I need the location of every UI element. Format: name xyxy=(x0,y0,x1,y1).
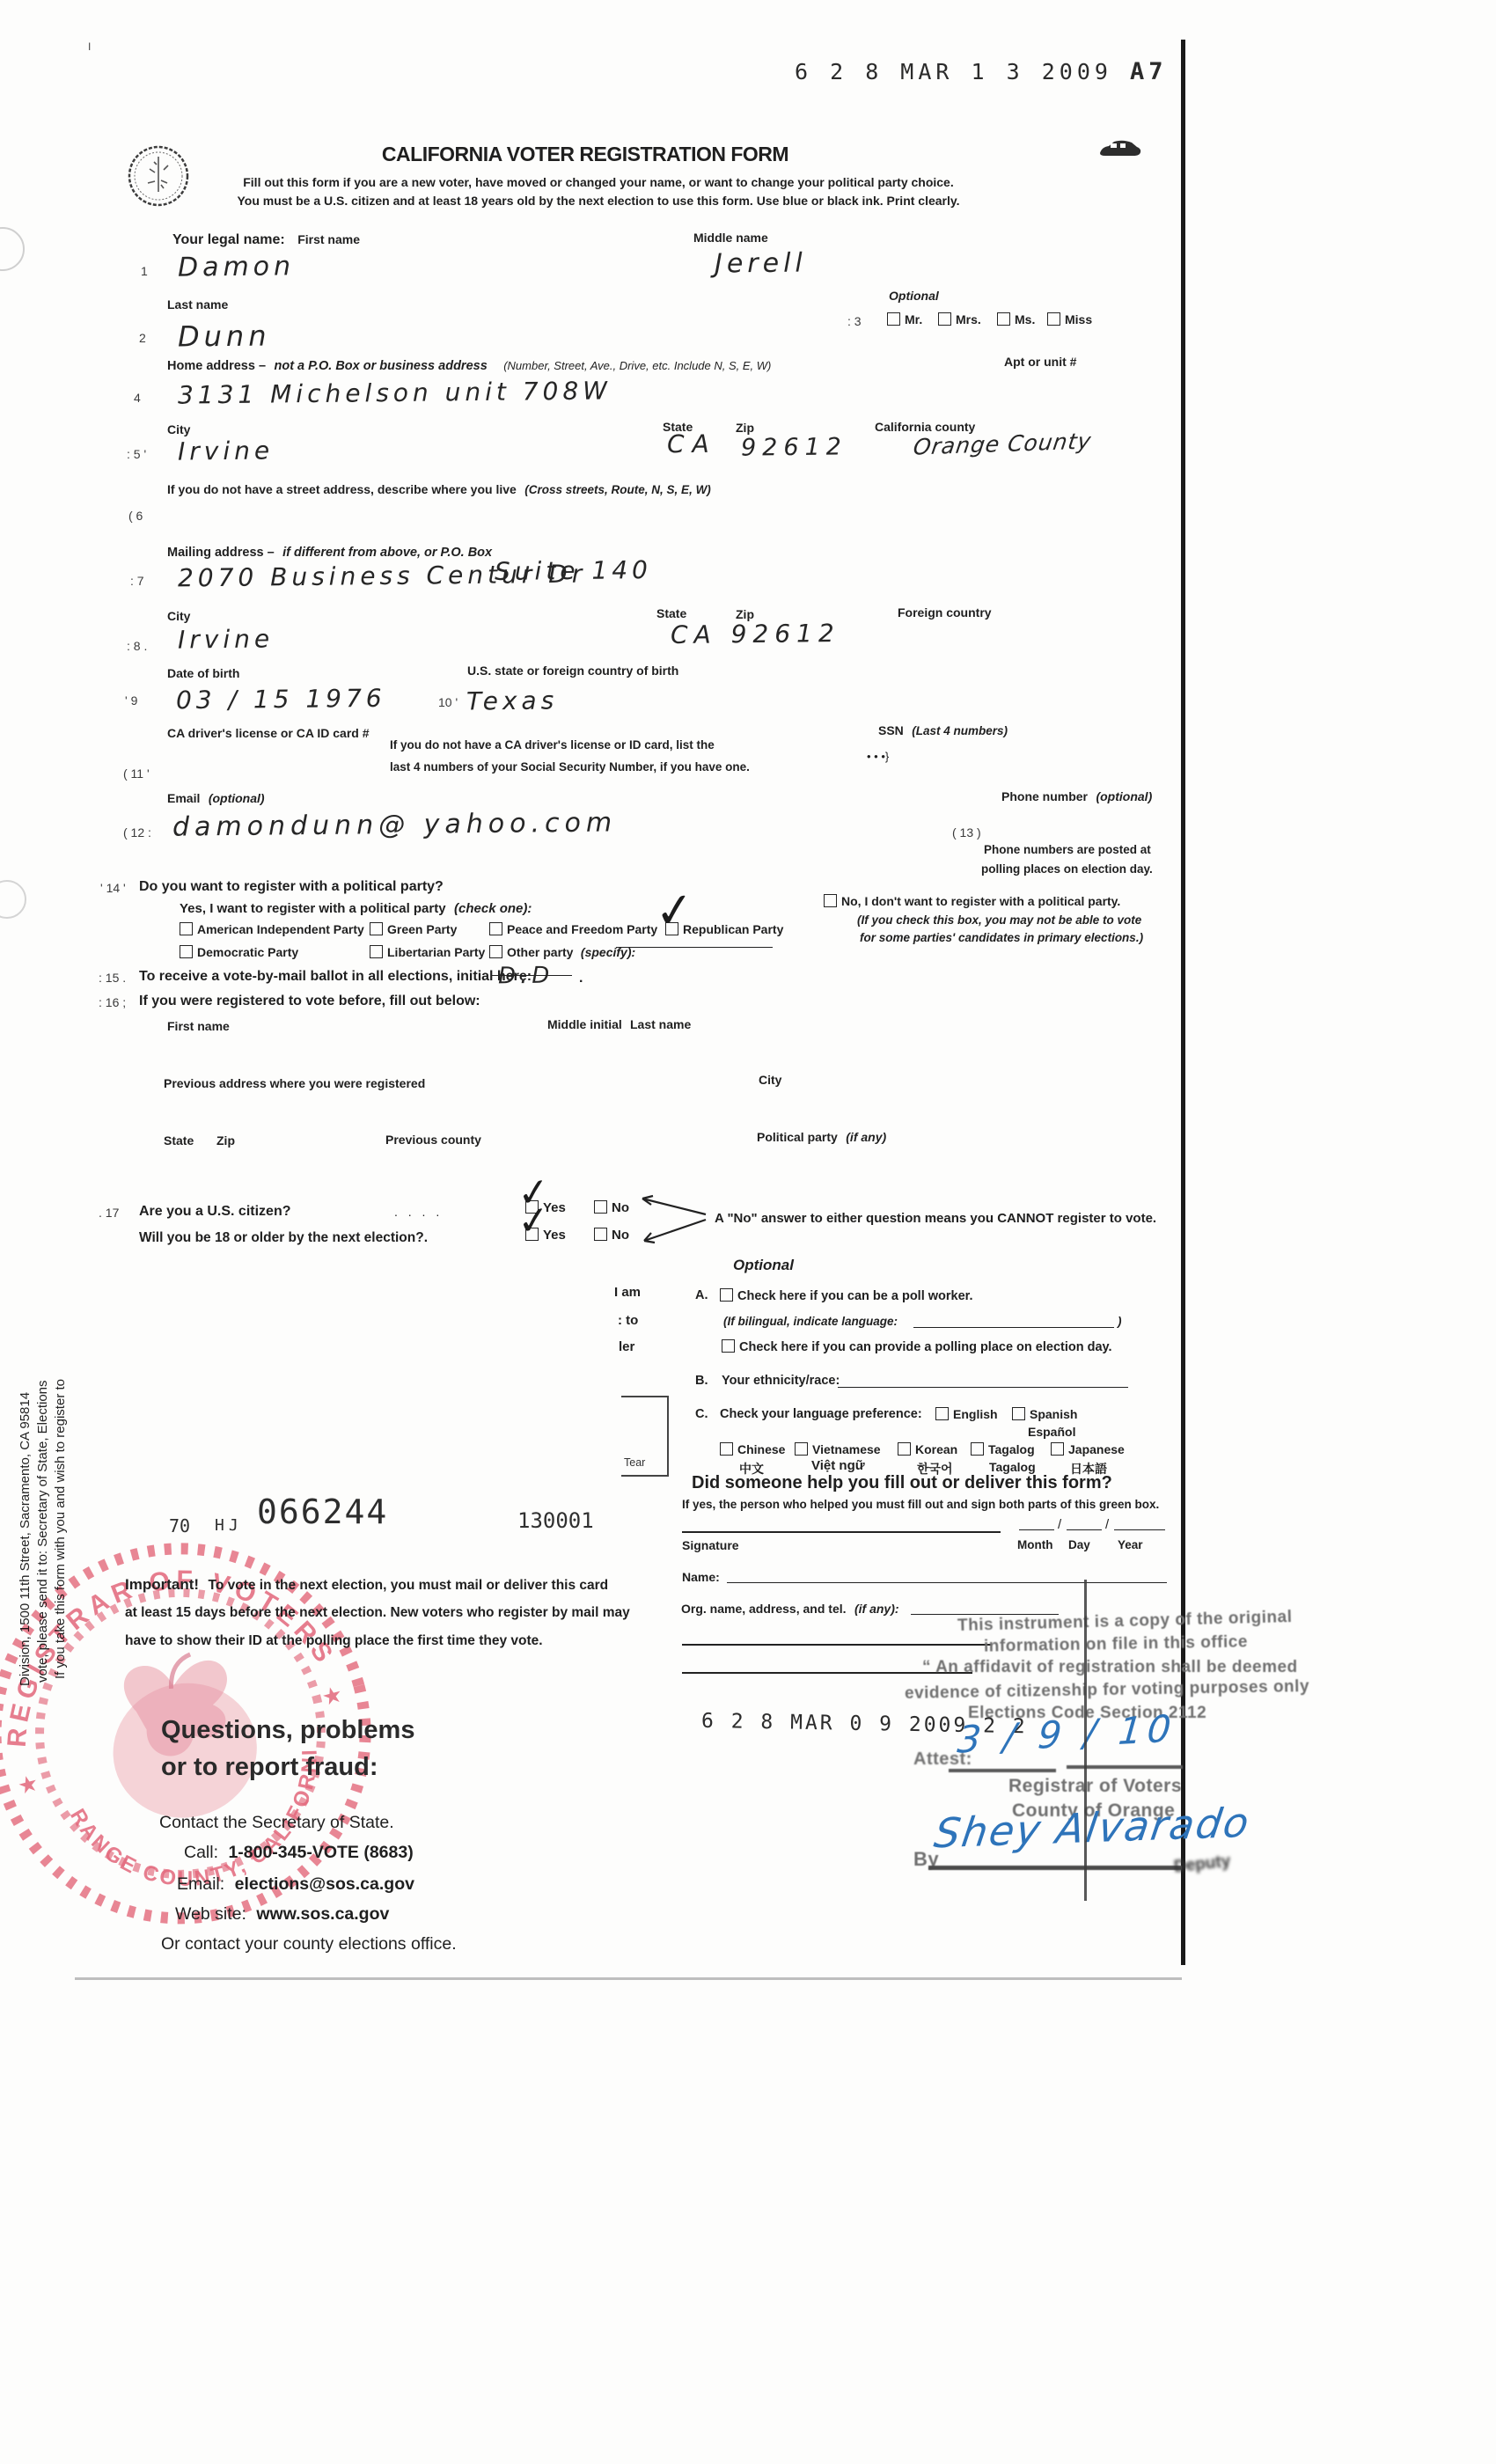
home-address-value: 3131 Michelson unit 708W xyxy=(178,376,612,409)
ssn-label: SSN xyxy=(878,723,904,737)
prefix-ms-option: Ms. xyxy=(997,312,1035,328)
prefix-mrs-option: Mrs. xyxy=(938,312,981,328)
home-city-label: City xyxy=(167,422,190,436)
form-instructions-line2: You must be a U.S. citizen and at least … xyxy=(220,194,977,208)
previous-first-name-label: First name xyxy=(167,1019,230,1033)
mailing-state-label: State xyxy=(656,606,686,620)
field-number-16: : 16 ; xyxy=(99,995,126,1009)
no-answer-warning: A "No" answer to either question means y… xyxy=(715,1211,1156,1226)
field-number-17: . 17 xyxy=(99,1206,119,1220)
call-value: 1-800-345-VOTE (8683) xyxy=(228,1843,413,1862)
ssn-note: (Last 4 numbers) xyxy=(912,724,1008,737)
previous-county-label: Previous county xyxy=(385,1133,481,1147)
party-option-peace-freedom: Peace and Freedom Party xyxy=(489,922,657,938)
phone-label: Phone number xyxy=(1001,789,1088,803)
ms-checkbox xyxy=(997,312,1010,326)
party-option-american-independent: American Independent Party xyxy=(180,922,364,938)
language-spanish-option: Spanish xyxy=(1012,1407,1077,1423)
initials-line xyxy=(491,975,572,976)
english-label: English xyxy=(953,1407,998,1421)
fold-crease-line xyxy=(1084,1580,1087,1901)
field-number-14: ' 14 ' xyxy=(100,881,126,895)
option-c-label: C. xyxy=(695,1407,708,1421)
language-japanese-option: Japanese xyxy=(1051,1442,1125,1458)
japanese-checkbox xyxy=(1051,1442,1064,1456)
chinese-checkbox xyxy=(720,1442,733,1456)
phone-optional-note: (optional) xyxy=(1096,789,1152,803)
mailing-address-label: Mailing address – xyxy=(167,546,275,560)
democratic-label: Democratic Party xyxy=(197,945,298,959)
phone-labels: Phone number (optional) xyxy=(1001,789,1152,805)
mr-checkbox xyxy=(887,312,900,326)
poll-worker-checkbox xyxy=(720,1288,733,1302)
ink-dots-artifact: • • •} xyxy=(867,750,889,763)
legal-name-label: Your legal name: xyxy=(172,232,285,247)
california-state-seal xyxy=(125,143,192,209)
california-county-label: California county xyxy=(875,420,975,434)
cutoff-text-fragment: ler xyxy=(619,1339,634,1354)
peace-freedom-label: Peace and Freedom Party xyxy=(507,922,657,936)
mrs-label: Mrs. xyxy=(956,312,981,326)
cutoff-text-fragment: : to xyxy=(618,1313,638,1328)
no-party-option: No, I don't want to register with a poli… xyxy=(824,894,1120,910)
mailing-statezip-value: CA 92612 xyxy=(671,619,840,649)
green-party-label: Green Party xyxy=(387,922,457,936)
form-batch-number: 130001 xyxy=(517,1508,594,1533)
polling-place-option: Check here if you can provide a polling … xyxy=(722,1339,1112,1355)
field-number-9: ' 9 xyxy=(125,693,137,708)
party-option-green: Green Party xyxy=(370,922,457,938)
korean-checkbox xyxy=(898,1442,911,1456)
home-zip-value: 92612 xyxy=(741,433,847,461)
arrow-pointers-icon xyxy=(630,1190,711,1248)
party-option-other: Other party (specify): xyxy=(489,945,635,961)
mailing-suite-value: Suite 140 xyxy=(495,555,652,586)
scan-tick-artifact: I xyxy=(88,40,91,53)
mailing-city-value: Irvine xyxy=(178,624,274,654)
mrs-checkbox xyxy=(938,312,951,326)
helper-day-line xyxy=(1067,1529,1102,1530)
language-korean-option: Korean xyxy=(898,1442,957,1458)
call-line: Call: 1-800-345-VOTE (8683) xyxy=(184,1843,414,1863)
first-name-label: First name xyxy=(297,232,360,246)
citizen-no-checkbox xyxy=(594,1200,607,1214)
drivers-license-label: CA driver's license or CA ID card # xyxy=(167,726,370,740)
vote-by-mail-period: . xyxy=(579,971,583,986)
helper-org-label: Org. name, address, and tel. xyxy=(681,1602,847,1616)
ethnicity-label: Your ethnicity/race: xyxy=(722,1374,840,1388)
phone-posting-note1: Phone numbers are posted at xyxy=(984,843,1151,856)
california-county-value: Orange County xyxy=(912,428,1093,459)
citizen-no-label: No xyxy=(612,1200,629,1215)
party-option-democratic: Democratic Party xyxy=(180,945,298,961)
month-label: Month xyxy=(1017,1538,1052,1551)
bottom-scan-hairline xyxy=(75,1977,1182,1980)
field-number-15: : 15 . xyxy=(99,971,126,985)
tagalog-label: Tagalog xyxy=(988,1442,1035,1456)
vote-by-mail-label: To receive a vote-by-mail ballot in all … xyxy=(139,969,532,985)
language-vietnamese-option: Vietnamese xyxy=(795,1442,881,1458)
option-a-label: A. xyxy=(695,1288,708,1302)
home-address-note2: (Number, Street, Ave., Drive, etc. Inclu… xyxy=(503,359,771,372)
libertarian-checkbox xyxy=(370,945,383,958)
english-checkbox xyxy=(935,1407,949,1420)
party-yes-labels: Yes, I want to register with a political… xyxy=(180,901,532,917)
fraud-email-label: Email: xyxy=(177,1874,224,1894)
county-office-line: Or contact your county elections office. xyxy=(161,1934,457,1954)
home-city-value: Irvine xyxy=(178,436,274,466)
middle-name-label: Middle name xyxy=(693,231,768,245)
field-number-3: : 3 xyxy=(847,314,862,328)
party-option-libertarian: Libertarian Party xyxy=(370,945,485,961)
contact-sos-line: Contact the Secretary of State. xyxy=(159,1813,394,1833)
important-text-1a: To vote in the next election, you xyxy=(209,1578,419,1593)
year-label: Year xyxy=(1118,1538,1143,1551)
previous-party-note: (if any) xyxy=(846,1130,886,1144)
questions-title-line1: Questions, problems xyxy=(161,1716,414,1745)
previous-state-label: State xyxy=(164,1133,194,1148)
party-yes-label: Yes, I want to register with a political… xyxy=(180,901,446,916)
field-number-1: 1 xyxy=(141,264,148,278)
deputy-signature-handwriting: Shey Alvarado xyxy=(931,1799,1253,1858)
language-preference-label: Check your language preference: xyxy=(720,1407,922,1421)
no-street-label: If you do not have a street address, des… xyxy=(167,482,517,496)
dob-label: Date of birth xyxy=(167,666,239,680)
foreign-country-label: Foreign country xyxy=(898,605,992,620)
prefix-mr-option: Mr. xyxy=(887,312,922,328)
last-name-label: Last name xyxy=(167,297,228,312)
age-yes-check-mark: ✓ xyxy=(516,1200,552,1243)
mailing-address-note: if different from above, or P.O. Box xyxy=(282,546,492,560)
received-date-text: 6 2 8 MAR 1 3 2009 xyxy=(795,59,1112,84)
stamp-star-left: ★ xyxy=(15,1769,41,1800)
language-english-option: English xyxy=(935,1407,998,1423)
last-name-value: Dunn xyxy=(178,319,271,353)
previous-city-label: City xyxy=(759,1073,781,1087)
date-slash: / xyxy=(1058,1517,1061,1532)
helper-extra-line xyxy=(682,1644,992,1646)
received-date-stamp: 6 2 8 MAR 1 3 2009 A7 xyxy=(795,58,1168,85)
home-address-labels: Home address – not a P.O. Box or busines… xyxy=(167,358,771,374)
helper-name-label: Name: xyxy=(682,1570,720,1584)
car-shaped-ink-artifact xyxy=(1096,139,1142,162)
previous-party-labels: Political party (if any) xyxy=(757,1130,886,1146)
fraud-email-value: elections@sos.ca.gov xyxy=(235,1874,414,1894)
form-title: CALIFORNIA VOTER REGISTRATION FORM xyxy=(378,143,792,166)
language-tagalog-option: Tagalog xyxy=(971,1442,1035,1458)
ssn-instruction-line2: last 4 numbers of your Social Security N… xyxy=(390,760,750,774)
scan-arc-artifact xyxy=(0,880,26,919)
registrar-of-voters-stamp: Registrar of Voters xyxy=(1008,1776,1182,1797)
call-label: Call: xyxy=(184,1843,218,1862)
email-labels: Email (optional) xyxy=(167,791,265,807)
helper-signature-line xyxy=(682,1531,1001,1533)
birthplace-label: U.S. state or foreign country of birth xyxy=(467,664,678,678)
date-slash: / xyxy=(1105,1517,1109,1532)
email-label: Email xyxy=(167,791,200,805)
helper-org-labels: Org. name, address, and tel. (if any): xyxy=(681,1602,899,1617)
option-b-label: B. xyxy=(695,1374,708,1388)
field-number-2: 2 xyxy=(139,331,146,345)
green-party-checkbox xyxy=(370,922,383,935)
previous-address-label: Previous address where you were register… xyxy=(164,1076,425,1090)
republican-check-mark: ✓ xyxy=(652,885,697,936)
citizen-question: Are you a U.S. citizen? xyxy=(139,1204,290,1220)
copy-certification-stamp-line1: This instrument is a copy of the origina… xyxy=(957,1608,1293,1636)
mr-label: Mr. xyxy=(905,312,922,326)
field-number-7: : 7 xyxy=(130,574,144,588)
helper-name-line xyxy=(727,1582,1167,1583)
helper-month-line xyxy=(1019,1529,1054,1530)
age-question: Will you be 18 or older by the next elec… xyxy=(139,1230,428,1246)
field-number-10: 10 ' xyxy=(438,695,458,709)
miss-label: Miss xyxy=(1065,312,1092,326)
signature-underline xyxy=(928,1866,1182,1870)
no-party-checkbox xyxy=(824,894,837,907)
important-label: Important! xyxy=(125,1576,199,1593)
no-party-label: No, I don't want to register with a poli… xyxy=(841,894,1120,908)
other-party-checkbox xyxy=(489,945,502,958)
tear-label: Tear xyxy=(624,1456,645,1469)
attest-underline xyxy=(949,1769,1056,1772)
email-line: Email: elections@sos.ca.gov xyxy=(177,1874,414,1895)
home-state-value: CA xyxy=(667,429,717,459)
field-number-4: 4 xyxy=(134,391,141,405)
chinese-label: Chinese xyxy=(737,1442,785,1456)
miss-checkbox xyxy=(1047,312,1060,326)
previous-registration-label: If you were registered to vote before, f… xyxy=(139,994,480,1009)
korean-label: Korean xyxy=(915,1442,957,1456)
scan-arc-artifact xyxy=(0,227,25,271)
helper-signature-label: Signature xyxy=(682,1538,739,1552)
birthplace-value: Texas xyxy=(466,686,559,715)
no-street-note: (Cross streets, Route, N, S, E, W) xyxy=(524,483,711,496)
email-optional-note: (optional) xyxy=(209,791,265,805)
form-instructions-line1: Fill out this form if you are a new vote… xyxy=(220,175,977,189)
no-party-note1: (If you check this box, you may not be a… xyxy=(857,913,1141,927)
age-no-option: No xyxy=(594,1228,629,1243)
help-box-title: Did someone help you fill out or deliver… xyxy=(692,1473,1112,1493)
other-party-line xyxy=(616,947,773,948)
libertarian-label: Libertarian Party xyxy=(387,945,485,959)
previous-middle-initial-label: Middle initial xyxy=(547,1017,622,1031)
mailing-city-label: City xyxy=(167,609,190,623)
dob-value: 03 / 15 1976 xyxy=(176,684,386,715)
bilingual-note-close: ) xyxy=(1118,1315,1122,1328)
party-question: Do you want to register with a political… xyxy=(139,879,444,895)
polling-place-label: Check here if you can provide a polling … xyxy=(739,1340,1112,1354)
vietnamese-label: Vietnamese xyxy=(812,1442,881,1456)
legal-name-labels: Your legal name: First name xyxy=(172,232,360,248)
phone-posting-note2: polling places on election day. xyxy=(981,862,1153,876)
field-number-8: : 8 . xyxy=(127,639,147,653)
no-street-labels: If you do not have a street address, des… xyxy=(167,482,711,498)
tagalog-checkbox xyxy=(971,1442,984,1456)
vietnamese-checkbox xyxy=(795,1442,808,1456)
spanish-label: Spanish xyxy=(1030,1407,1077,1421)
middle-name-value: Jerell xyxy=(715,247,807,279)
dotted-leader: . . . . xyxy=(394,1205,443,1219)
field-number-12: ( 12 : xyxy=(123,825,151,840)
poll-worker-option: Check here if you can be a poll worker. xyxy=(720,1288,973,1304)
questions-title-line2: or to report fraud: xyxy=(161,1753,378,1782)
party-check-one-note: (check one): xyxy=(454,901,532,916)
affidavit-stamp-line1: “ An affidavit of registration shall be … xyxy=(922,1658,1298,1677)
ssn-instruction-line1: If you do not have a CA driver's license… xyxy=(390,738,715,752)
stamp-star-right: ★ xyxy=(319,1680,345,1711)
age-no-checkbox xyxy=(594,1228,607,1241)
prefix-optional-label: Optional xyxy=(889,289,939,303)
field-number-5: : 5 ' xyxy=(127,447,146,461)
important-notice-line1: Important! To vote in the next election,… xyxy=(125,1576,608,1594)
important-notice-line3: have to show their ID at the polling pla… xyxy=(125,1633,543,1649)
website-line: Web site: www.sos.ca.gov xyxy=(175,1904,389,1925)
prefix-miss-option: Miss xyxy=(1047,312,1092,328)
vietnamese-native-label: Việt ngữ xyxy=(811,1458,865,1473)
ethnicity-line xyxy=(838,1387,1128,1388)
american-independent-label: American Independent Party xyxy=(197,922,364,936)
affidavit-stamp-line2: evidence of citizenship for voting purpo… xyxy=(905,1677,1309,1704)
japanese-label: Japanese xyxy=(1068,1442,1125,1456)
field-number-13: ( 13 ) xyxy=(952,825,981,840)
tagalog-native-label: Tagalog xyxy=(989,1460,1036,1474)
important-notice-line2: at least 15 days before the next electio… xyxy=(125,1605,630,1621)
polling-place-checkbox xyxy=(722,1339,735,1353)
optional-section-title: Optional xyxy=(733,1257,794,1274)
field-number-6: ( 6 xyxy=(128,509,143,523)
language-chinese-option: Chinese xyxy=(720,1442,785,1458)
important-text-must: must xyxy=(419,1578,451,1593)
bilingual-note: (If bilingual, indicate language: xyxy=(723,1315,898,1328)
copy-certification-stamp-line2: information on file in this office xyxy=(984,1632,1248,1656)
spanish-native-label: Español xyxy=(1028,1425,1075,1439)
vote-by-mail-initials: D.D xyxy=(498,963,554,990)
email-value: damondunn@ yahoo.com xyxy=(172,807,617,842)
spanish-checkbox xyxy=(1012,1407,1025,1420)
first-name-value: Damon xyxy=(178,251,295,282)
cutoff-text-fragment: I am xyxy=(614,1285,641,1300)
previous-zip-label: Zip xyxy=(216,1133,235,1148)
home-address-label: Home address – xyxy=(167,359,266,373)
american-independent-checkbox xyxy=(180,922,193,935)
democratic-checkbox xyxy=(180,945,193,958)
previous-last-name-label: Last name xyxy=(630,1017,691,1031)
helper-year-line xyxy=(1114,1529,1165,1530)
scanned-voter-registration-form: I 6 2 8 MAR 1 3 2009 A7 CALIFORNIA VOTER… xyxy=(0,0,1496,2464)
received-date-code: A7 xyxy=(1130,58,1168,85)
help-box-subtitle: If yes, the person who helped you must f… xyxy=(682,1498,1159,1511)
field-number-11: ( 11 ' xyxy=(123,766,150,781)
ssn-labels: SSN (Last 4 numbers) xyxy=(878,723,1008,739)
no-party-note2: for some parties' candidates in primary … xyxy=(860,931,1143,944)
important-text-1c: mail or deliver this card xyxy=(455,1578,608,1593)
poll-worker-label: Check here if you can be a poll worker. xyxy=(737,1289,973,1303)
home-address-note: not a P.O. Box or business address xyxy=(274,359,487,373)
other-party-label: Other party xyxy=(507,945,573,959)
helper-org-note: (if any): xyxy=(854,1602,899,1616)
website-value: www.sos.ca.gov xyxy=(256,1904,389,1924)
age-no-label: No xyxy=(612,1228,629,1243)
day-label: Day xyxy=(1068,1538,1090,1551)
ms-label: Ms. xyxy=(1015,312,1035,326)
website-label: Web site: xyxy=(175,1904,246,1924)
apt-unit-label: Apt or unit # xyxy=(1004,355,1076,369)
citizen-no-option: No xyxy=(594,1200,629,1216)
previous-party-label: Political party xyxy=(757,1130,838,1144)
peace-freedom-checkbox xyxy=(489,922,502,935)
bilingual-language-line xyxy=(913,1327,1114,1328)
republican-label: Republican Party xyxy=(683,922,783,936)
mailing-address-labels: Mailing address – if different from abov… xyxy=(167,545,492,561)
home-zip-label: Zip xyxy=(736,421,754,435)
